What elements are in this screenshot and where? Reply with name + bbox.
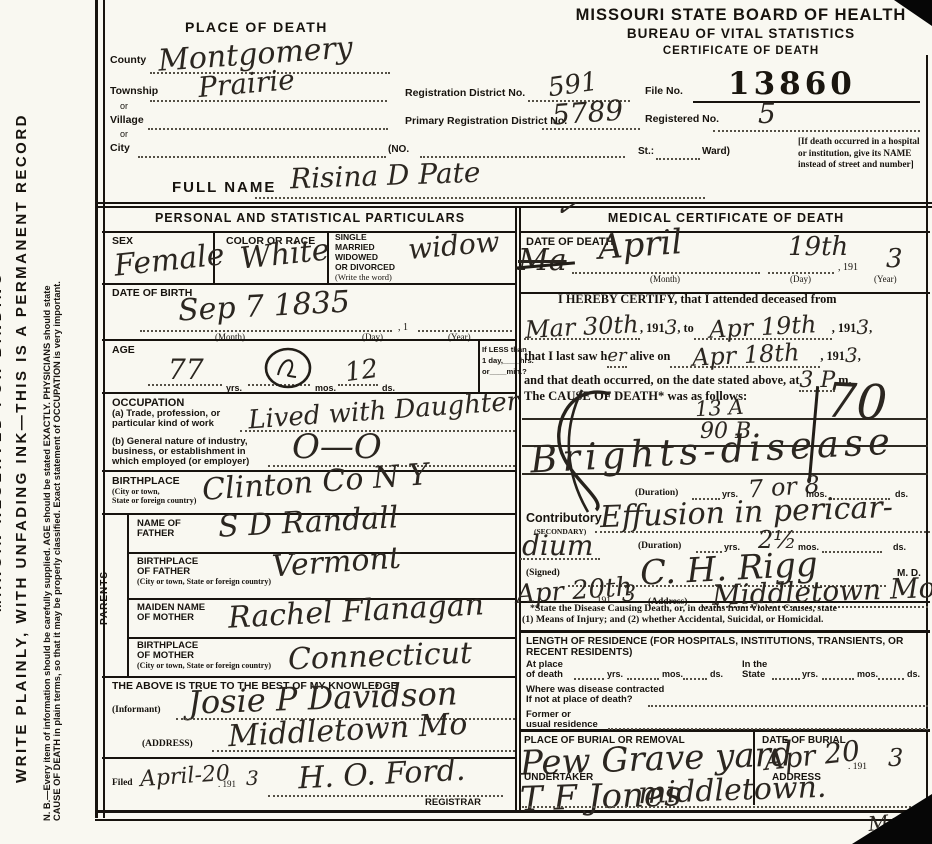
certify-line-3: that I last saw her alive onApr 18th, 19… xyxy=(524,338,928,365)
age-months-scribble xyxy=(262,345,314,391)
registrar-label: REGISTRAR xyxy=(425,798,481,808)
dob-value: Sep 7 1835 xyxy=(177,288,350,327)
marital-write-word-label: (Write the word) xyxy=(335,273,392,282)
to-word: , to xyxy=(677,321,693,335)
age-label: AGE xyxy=(112,345,135,357)
residence-title-2: RECENT RESIDENTS) xyxy=(526,647,632,658)
mother-name-value: Rachel Flanagan xyxy=(227,590,484,633)
race-value: White xyxy=(239,235,331,274)
medical-section-title: MEDICAL CERTIFICATE OF DEATH xyxy=(522,212,930,226)
st-label: St.: xyxy=(638,146,654,157)
board-title: MISSOURI STATE BOARD OF HEALTH xyxy=(555,6,927,24)
former-residence-line xyxy=(608,728,928,730)
undertaker-address-value: middletown. xyxy=(638,773,827,810)
registration-district-label: Registration District No. xyxy=(405,88,525,100)
mother-birthplace-label-2: OF MOTHER xyxy=(137,651,194,661)
margin-nb-line1: N. B.—Every item of information should b… xyxy=(42,281,52,821)
city-label: City xyxy=(110,143,130,155)
village-label: Village xyxy=(110,115,144,127)
residence-mos-label-1: mos. xyxy=(662,670,683,680)
township-label: Township xyxy=(110,86,158,98)
where-contracted-label-2: If not at place of death? xyxy=(526,695,633,705)
parents-label: PARENTS xyxy=(99,571,110,625)
informant-label: (Informant) xyxy=(112,705,161,715)
dod-year-prefix: , 191 xyxy=(838,262,858,273)
in-the-label-2: State xyxy=(742,670,765,680)
marital-label-4: OR DIVORCED xyxy=(335,263,395,272)
saw-text-2: alive on xyxy=(630,349,671,363)
file-no-line xyxy=(693,101,920,103)
residence-line xyxy=(878,678,904,680)
occupation-b-label-3: which employed (or employer) xyxy=(112,457,249,467)
marital-label-1: SINGLE xyxy=(335,233,367,242)
dob-year-label: (Year) xyxy=(448,333,471,343)
burial-year-value: 3 xyxy=(888,746,903,770)
from-year-value: 3 xyxy=(665,315,678,339)
st-line xyxy=(656,158,700,160)
form-left-border xyxy=(95,0,105,818)
contributory-value-2: dium xyxy=(522,532,593,560)
no-label: (NO. xyxy=(388,144,409,155)
age-line-1 xyxy=(148,384,222,386)
margin-nb-line2: CAUSE OF DEATH in plain terms, so that i… xyxy=(52,281,62,821)
mother-birthplace-sub: (City or town, State or foreign country) xyxy=(137,662,271,671)
primary-district-line xyxy=(542,128,640,130)
dob-month-label: (Month) xyxy=(215,333,245,343)
margin-binding-text: MARGIN RESERVED FOR BINDING xyxy=(0,270,4,612)
marital-value: widow xyxy=(407,228,501,264)
attended-from-value: Mar 30th xyxy=(525,310,640,344)
form-number: V. S. No. 2. xyxy=(0,773,2,816)
occupation-a-label-2: particular kind of work xyxy=(112,419,214,429)
at-place-label-2: of death xyxy=(526,670,563,680)
township-value: Prairie xyxy=(197,66,296,102)
saw-her-suffix: er xyxy=(607,345,626,368)
dod-day-label: (Day) xyxy=(790,275,811,285)
hospital-note: [If death occurred in a hospital or inst… xyxy=(798,136,928,171)
residence-title-1: LENGTH OF RESIDENCE (FOR HOSPITALS, INST… xyxy=(526,636,903,647)
birthplace-label: BIRTHPLACE xyxy=(112,476,180,488)
father-name-label-2: FATHER xyxy=(137,529,174,539)
contrib-duration-line-2 xyxy=(822,551,882,553)
occupation-a-value: Lived with Daughter xyxy=(247,389,519,434)
burial-year-prefix: . 191 xyxy=(848,762,867,772)
comma: , xyxy=(858,349,861,363)
sex-label: SEX xyxy=(112,236,133,248)
contributory-value-1: Effusion in pericar- xyxy=(600,493,894,533)
registrar-signature: H. O. Ford. xyxy=(297,756,466,795)
filed-label: Filed xyxy=(112,778,133,788)
header-divider-1 xyxy=(95,202,932,204)
age-note-3: or____min.? xyxy=(482,368,527,376)
where-contracted-line xyxy=(648,705,928,707)
dob-year-prefix: , 1 xyxy=(398,322,408,333)
age-line-3 xyxy=(338,384,378,386)
former-residence-label-2: usual residence xyxy=(526,720,598,730)
rule xyxy=(102,283,515,285)
registered-no-line xyxy=(713,130,920,132)
form-bottom-border xyxy=(95,810,932,821)
year-pre: , 191 xyxy=(640,321,665,335)
occurred-text: and that death occurred, on the date sta… xyxy=(524,373,799,387)
year-pre: , 191 xyxy=(820,349,845,363)
ward-label: Ward) xyxy=(702,146,730,157)
mother-name-label-2: OF MOTHER xyxy=(137,613,194,623)
column-divider-1 xyxy=(515,206,517,812)
dod-month-label: (Month) xyxy=(650,275,680,285)
personal-section-title: PERSONAL AND STATISTICAL PARTICULARS xyxy=(105,212,515,226)
cause-duration-ds-label: ds. xyxy=(895,490,908,500)
residence-mos-label-2: mos. xyxy=(857,670,878,680)
township-line xyxy=(150,100,387,102)
father-birthplace-sub: (City or town, State or foreign country) xyxy=(137,578,271,587)
rule xyxy=(521,630,930,633)
residence-ds-label-2: ds. xyxy=(907,670,920,680)
occupation-b-value: O—O xyxy=(292,430,382,464)
residence-line xyxy=(683,678,707,680)
marital-label-2: MARRIED xyxy=(335,243,375,252)
attended-to-value: Apr 19th xyxy=(708,310,817,344)
registered-no-label: Registered No. xyxy=(645,114,719,126)
top-right-corner-triangle xyxy=(894,0,932,26)
certificate-title: CERTIFICATE OF DEATH xyxy=(555,45,927,58)
date-of-death-scratch: Ma xyxy=(518,246,567,276)
saw-text-1: that I last saw h xyxy=(524,349,607,363)
rule xyxy=(521,231,930,233)
primary-district-label: Primary Registration District No. xyxy=(405,116,567,128)
contrib-duration-ds-label: ds. xyxy=(893,543,906,553)
registered-no-value: 5 xyxy=(758,100,776,128)
saw-year-value: 3 xyxy=(845,343,858,367)
certify-line-1: I HEREBY CERTIFY, that I attended deceas… xyxy=(524,292,928,310)
cause-code-1: 13 A xyxy=(694,397,744,421)
father-birthplace-label-2: OF FATHER xyxy=(137,567,190,577)
residence-line xyxy=(574,678,604,680)
bureau-title: BUREAU OF VITAL STATISTICS xyxy=(555,27,927,42)
date-of-death-day-value: 19th xyxy=(788,234,848,260)
residence-line xyxy=(772,678,800,680)
informant-address-label: (ADDRESS) xyxy=(142,739,193,749)
filed-year-value: 3 xyxy=(246,768,259,788)
header-divider-2 xyxy=(95,206,932,208)
full-name-value: Risina D Pate xyxy=(290,159,481,194)
file-no-stamp: 13860 xyxy=(728,66,856,102)
contrib-duration-label: (Duration) xyxy=(638,541,681,551)
filed-date-value: April-20 xyxy=(139,763,230,791)
year-pre: , 191 xyxy=(832,321,857,335)
mother-birthplace-value: Connecticut xyxy=(288,639,473,675)
bottom-right-corner-triangle xyxy=(852,794,932,844)
date-of-death-year-value: 3 xyxy=(886,246,903,272)
full-name-line xyxy=(255,197,705,199)
age-days-value: 12 xyxy=(343,356,379,386)
age-ds-label: ds. xyxy=(382,384,395,394)
contributory-value-2-line xyxy=(520,558,600,560)
informant-address-line xyxy=(212,750,515,752)
residence-ds-label-1: ds. xyxy=(710,670,723,680)
file-no-label: File No. xyxy=(645,86,683,98)
age-years-value: 77 xyxy=(168,356,204,384)
age-mos-label: mos. xyxy=(315,384,336,394)
date-of-death-month-value: April xyxy=(597,225,683,265)
birthplace-sub-2: State or foreign country) xyxy=(112,497,196,506)
dob-line xyxy=(140,330,392,332)
city-line xyxy=(138,156,386,158)
to-year-value: 3 xyxy=(856,315,869,339)
father-name-value: S D Randall xyxy=(217,503,399,542)
age-note-1: If LESS than xyxy=(482,346,527,354)
residence-line xyxy=(627,678,659,680)
last-saw-date-value: Apr 18th xyxy=(691,338,800,372)
cell-divider xyxy=(478,339,480,392)
county-label: County xyxy=(110,55,146,67)
parents-divider xyxy=(127,513,129,676)
filed-year-prefix: . 191 xyxy=(218,780,236,790)
footnote-line-2: (1) Means of Injury; and (2) whether Acc… xyxy=(522,615,823,626)
death-certificate-page: MARGIN RESERVED FOR BINDING WRITE PLAINL… xyxy=(0,0,932,844)
dob-day-label: (Day) xyxy=(362,333,383,343)
comma: , xyxy=(869,321,872,335)
age-yrs-label: yrs. xyxy=(226,384,242,394)
or-label-2: or xyxy=(120,130,128,140)
certify-line-2: Mar 30th, 1913, toApr 19th, 1913, xyxy=(524,310,928,338)
residence-line xyxy=(822,678,854,680)
sex-value: Female xyxy=(113,240,226,281)
or-label-1: or xyxy=(120,102,128,112)
primary-district-value: 5789 xyxy=(551,97,624,130)
marital-label-3: WIDOWED xyxy=(335,253,378,262)
contributory-label: Contributory xyxy=(526,512,602,526)
full-name-label: FULL NAME xyxy=(172,180,276,197)
column-divider-2 xyxy=(519,206,521,812)
residence-yrs-label-2: yrs. xyxy=(802,670,818,680)
margin-permanent-record-text: WRITE PLAINLY, WITH UNFADING INK—THIS IS… xyxy=(13,113,30,783)
dod-year-label: (Year) xyxy=(874,275,897,285)
village-line xyxy=(148,128,388,130)
residence-yrs-label-1: yrs. xyxy=(607,670,623,680)
father-birthplace-value: Vermont xyxy=(271,544,402,583)
